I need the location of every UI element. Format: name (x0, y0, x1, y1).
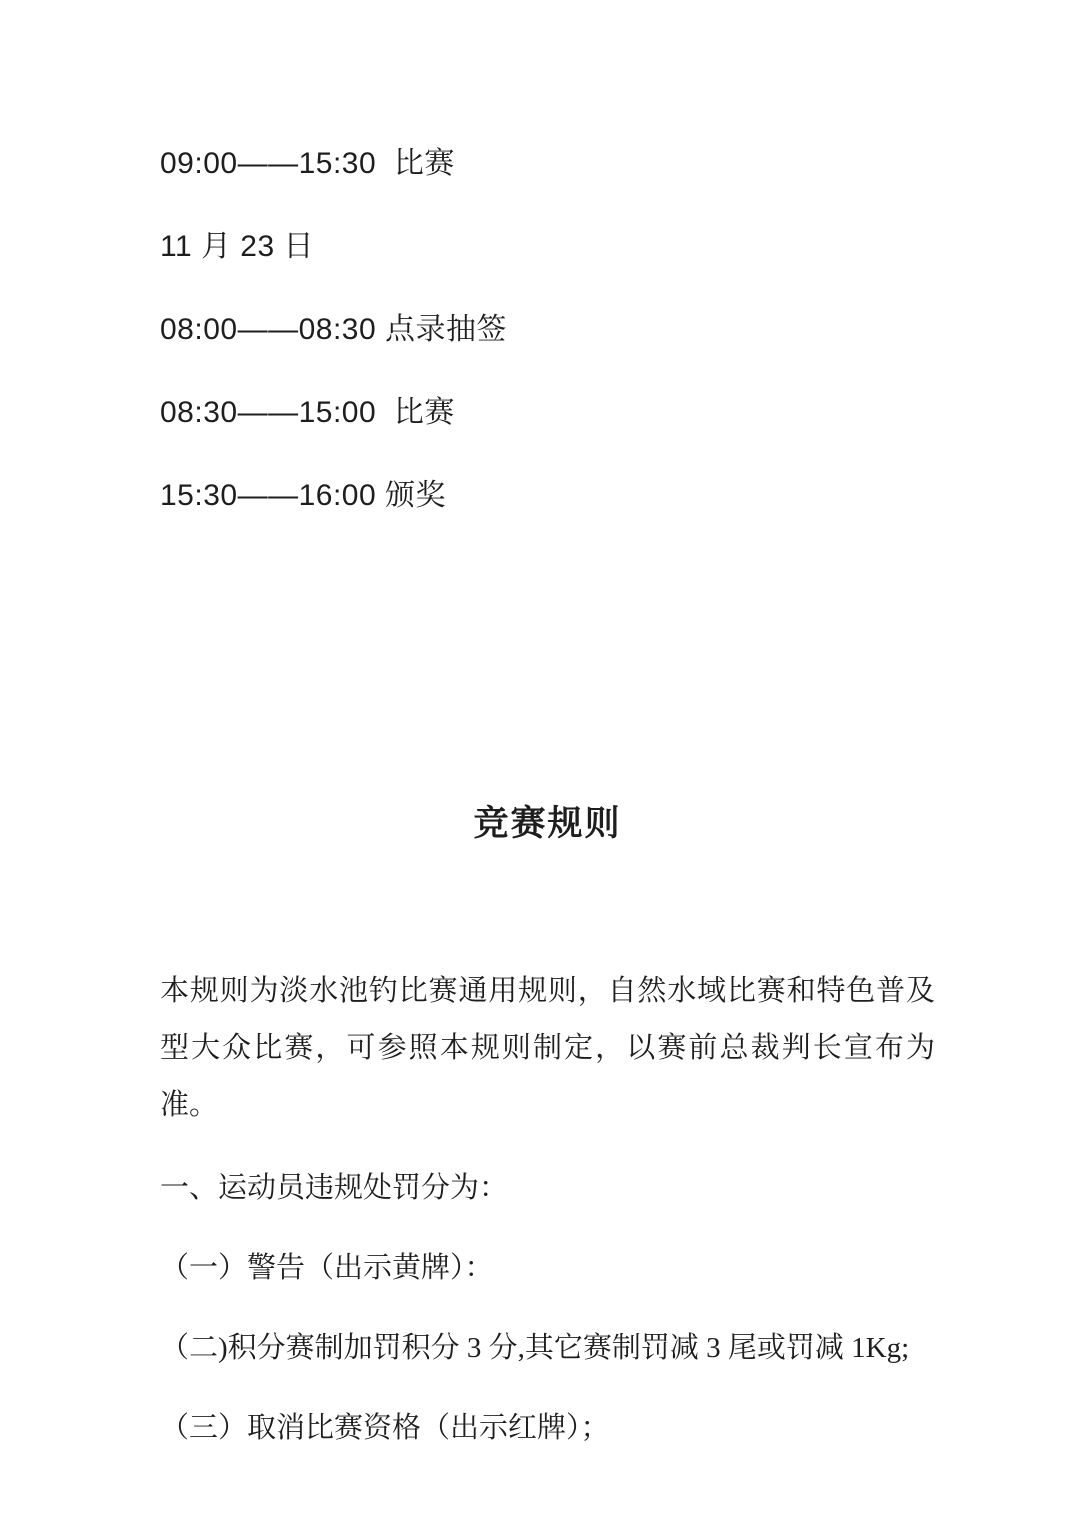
rule-item: （三）取消比赛资格（出示红牌）； (160, 1400, 935, 1457)
rules-title: 竞赛规则 (160, 800, 935, 848)
rule-item: （一）警告（出示黄牌）： (160, 1240, 935, 1297)
schedule-line: 09:00——15:30 比赛 (160, 145, 935, 183)
document-page: 09:00——15:30 比赛 11 月 23 日 08:00——08:30 点… (0, 0, 1080, 1527)
rule-item-heading: 一、运动员违规处罚分为： (160, 1160, 935, 1217)
schedule-line: 15:30——16:00 颁奖 (160, 477, 935, 515)
rule-item: （二)积分赛制加罚积分 3 分,其它赛制罚减 3 尾或罚减 1Kg; (160, 1320, 935, 1377)
rules-intro-paragraph: 本规则为淡水池钓比赛通用规则，自然水域比赛和特色普及型大众比赛，可参照本规则制定… (160, 963, 935, 1134)
rules-section: 本规则为淡水池钓比赛通用规则，自然水域比赛和特色普及型大众比赛，可参照本规则制定… (160, 963, 935, 1457)
schedule-section: 09:00——15:30 比赛 11 月 23 日 08:00——08:30 点… (160, 145, 935, 515)
schedule-line: 08:30——15:00 比赛 (160, 394, 935, 432)
schedule-date: 11 月 23 日 (160, 228, 935, 266)
schedule-line: 08:00——08:30 点录抽签 (160, 311, 935, 349)
